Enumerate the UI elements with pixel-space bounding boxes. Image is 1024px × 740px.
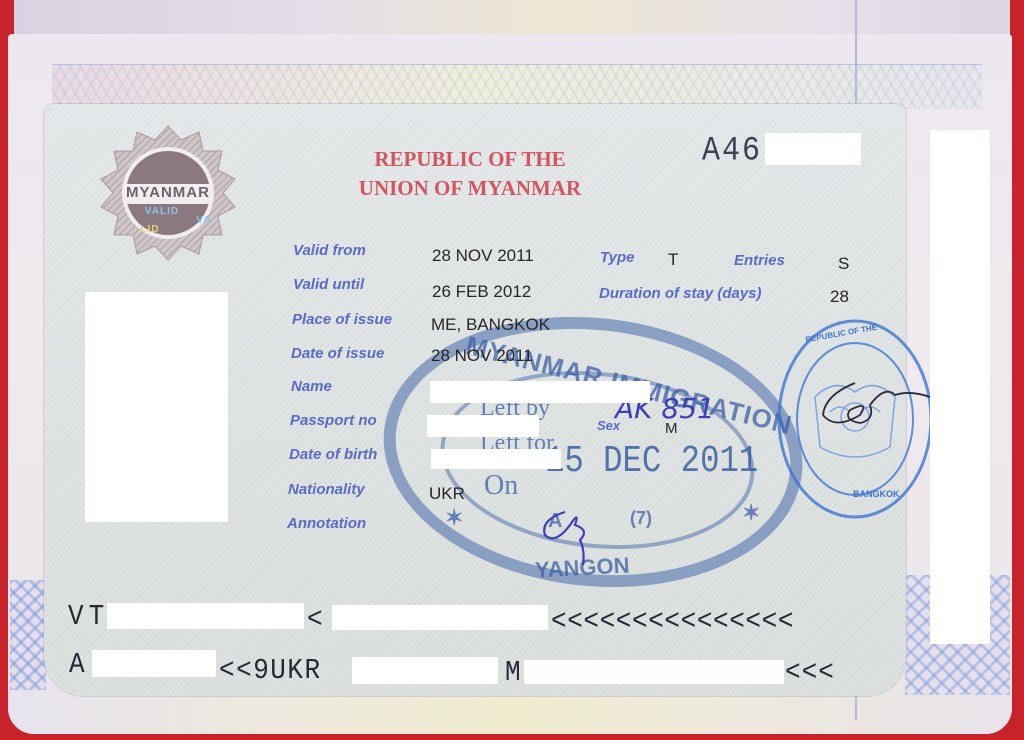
redaction-serial	[765, 133, 861, 165]
label-valid-from: Valid from	[293, 242, 366, 259]
mrz-line-2-sex: M	[505, 656, 526, 689]
hologram-seal-icon: MYANMAR VALID VA LID	[97, 122, 239, 264]
stamp-on: On	[484, 470, 518, 502]
hologram-text-lid: LID	[79, 224, 221, 235]
value-place-of-issue: ME, BANGKOK	[431, 315, 550, 335]
previous-page-edge	[14, 0, 1010, 38]
redaction-mrz-1a	[107, 603, 304, 629]
mrz-line-1-fill: <<<<<<<<<<<<<<<	[551, 605, 794, 638]
redaction-passport-no	[427, 415, 539, 437]
value-valid-from: 28 NOV 2011	[432, 246, 534, 266]
signature-icon	[535, 490, 615, 570]
label-name: Name	[291, 378, 332, 395]
label-date-of-issue: Date of issue	[291, 345, 384, 362]
value-entries: S	[838, 254, 849, 274]
redaction-mrz-1b	[332, 605, 548, 630]
value-type: T	[668, 250, 678, 270]
hologram-text-main: MYANMAR	[97, 184, 239, 201]
label-duration: Duration of stay (days)	[599, 285, 762, 302]
label-date-of-birth: Date of birth	[289, 446, 377, 463]
redaction-photo	[85, 292, 228, 522]
mrz-line-1-prefix: VT	[68, 600, 109, 633]
value-nationality: UKR	[429, 484, 465, 504]
visa-title: REPUBLIC OF THE UNION OF MYANMAR	[300, 145, 640, 203]
redaction-mrz-2c	[524, 660, 784, 684]
stamp-code-num: (7)	[630, 508, 652, 529]
label-type: Type	[600, 249, 634, 266]
embassy-signature-icon	[815, 375, 935, 435]
stamp-star-right: ✶	[742, 500, 760, 526]
value-date-of-issue: 28 NOV 2011	[431, 346, 533, 366]
visa-serial-number: A46	[702, 132, 762, 171]
label-passport-no: Passport no	[290, 412, 377, 429]
title-line-2: UNION OF MYANMAR	[300, 174, 640, 203]
label-valid-until: Valid until	[293, 276, 364, 293]
mrz-line-2-end: <<<	[785, 656, 835, 689]
redaction-name	[430, 381, 650, 403]
mrz-line-2-mid: <<9UKR	[219, 654, 322, 687]
guilloche-band	[52, 64, 982, 109]
redaction-mrz-2a	[92, 650, 216, 677]
label-annotation: Annotation	[287, 515, 366, 532]
redaction-right-edge	[930, 130, 990, 644]
value-duration: 28	[830, 287, 849, 307]
title-line-1: REPUBLIC OF THE	[300, 145, 640, 174]
label-place-of-issue: Place of issue	[292, 311, 392, 328]
border-pattern-left	[10, 580, 46, 690]
label-sex: Sex	[597, 418, 620, 433]
value-valid-until: 26 FEB 2012	[432, 282, 531, 302]
embassy-seal-city: BANGKOK	[853, 489, 900, 499]
mrz-line-1-sep: <	[307, 603, 323, 636]
redaction-date-of-birth	[431, 449, 561, 469]
stamp-star-left: ✶	[445, 505, 463, 531]
mrz-line-2-prefix: A	[69, 648, 90, 681]
redaction-mrz-2b	[352, 657, 498, 684]
stamp-date: 15 DEC 2011	[545, 440, 758, 483]
label-entries: Entries	[734, 252, 785, 269]
value-sex: M	[665, 420, 678, 437]
label-nationality: Nationality	[288, 481, 365, 498]
